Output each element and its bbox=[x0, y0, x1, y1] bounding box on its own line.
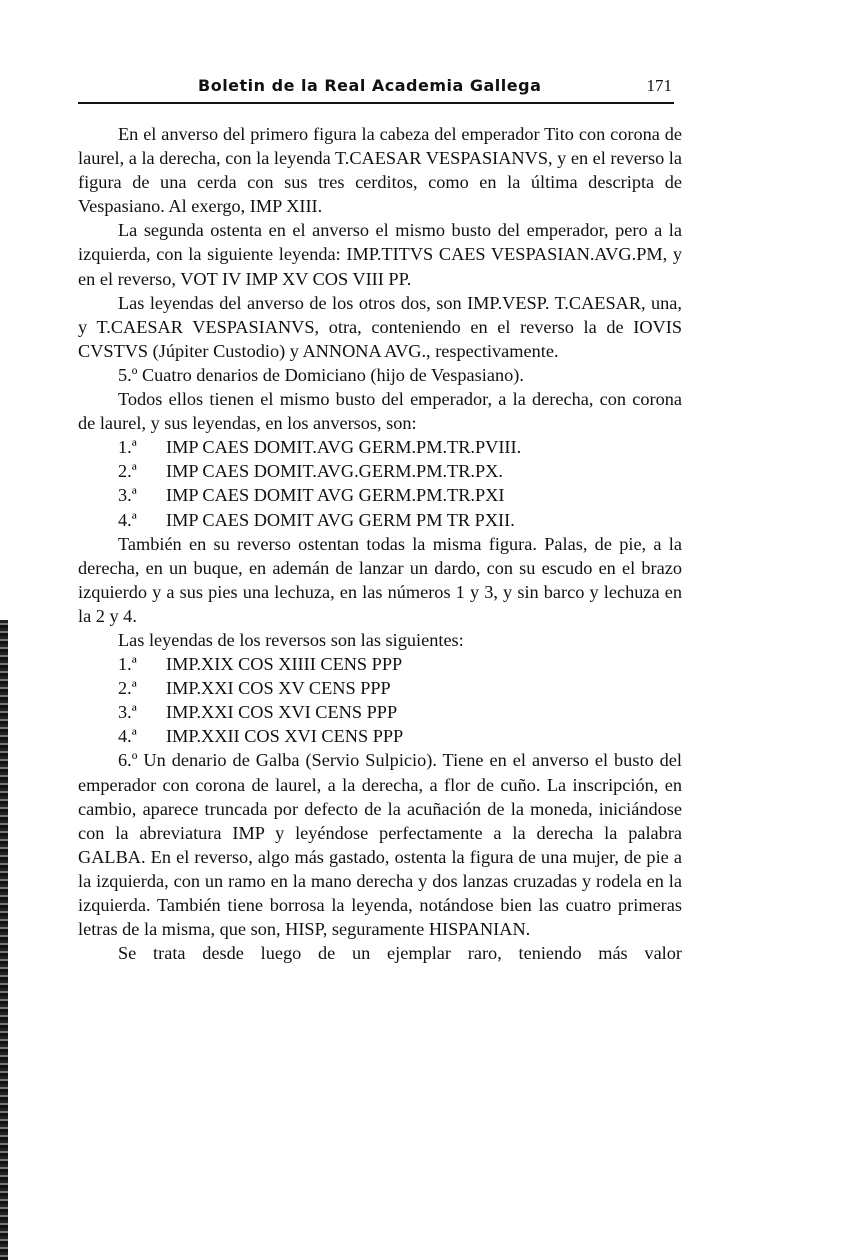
list-ordinal: 2.ª bbox=[118, 459, 166, 483]
paragraph-domiciano-reverse: También en su reverso ostentan todas la … bbox=[78, 532, 682, 628]
paragraph-tito-other-coins: Las leyendas del anverso de los otros do… bbox=[78, 291, 682, 363]
list-ordinal: 2.ª bbox=[118, 676, 166, 700]
list-item: 3.ªIMP.XXI COS XVI CENS PPP bbox=[78, 700, 682, 724]
paragraph-domiciano-intro: Todos ellos tienen el mismo busto del em… bbox=[78, 387, 682, 435]
paragraph-galba-denario: 6.º Un denario de Galba (Servio Sulpicio… bbox=[78, 748, 682, 941]
paragraph-tito-second-coin: La segunda ostenta en el anverso el mism… bbox=[78, 218, 682, 290]
paragraph-closing: Se trata desde luego de un ejemplar raro… bbox=[78, 941, 682, 965]
list-item: 3.ªIMP CAES DOMIT AVG GERM.PM.TR.PXI bbox=[78, 483, 682, 507]
list-ordinal: 4.ª bbox=[118, 724, 166, 748]
list-item: 2.ªIMP.XXI COS XV CENS PPP bbox=[78, 676, 682, 700]
page-header: Boletin de la Real Academia Gallega 171 bbox=[78, 72, 674, 104]
scan-binding-edge bbox=[0, 620, 8, 1260]
list-ordinal: 1.ª bbox=[118, 435, 166, 459]
list-item: 1.ªIMP.XIX COS XIIII CENS PPP bbox=[78, 652, 682, 676]
paragraph-tito-first-coin: En el anverso del primero figura la cabe… bbox=[78, 122, 682, 218]
paragraph-reverse-legends-intro: Las leyendas de los reversos son las sig… bbox=[78, 628, 682, 652]
legend-text: IMP.XXI COS XVI CENS PPP bbox=[166, 702, 397, 722]
legend-text: IMP.XIX COS XIIII CENS PPP bbox=[166, 654, 402, 674]
list-ordinal: 3.ª bbox=[118, 483, 166, 507]
list-ordinal: 4.ª bbox=[118, 508, 166, 532]
list-ordinal: 1.ª bbox=[118, 652, 166, 676]
page-number: 171 bbox=[647, 76, 673, 96]
body-text: En el anverso del primero figura la cabe… bbox=[78, 122, 682, 965]
legend-text: IMP.XXI COS XV CENS PPP bbox=[166, 678, 391, 698]
legend-text: IMP CAES DOMIT.AVG.GERM.PM.TR.PX. bbox=[166, 461, 503, 481]
paragraph-domiciano-heading: 5.º Cuatro denarios de Domiciano (hijo d… bbox=[78, 363, 682, 387]
list-item: 2.ªIMP CAES DOMIT.AVG.GERM.PM.TR.PX. bbox=[78, 459, 682, 483]
legend-text: IMP CAES DOMIT.AVG GERM.PM.TR.PVIII. bbox=[166, 437, 521, 457]
legend-text: IMP CAES DOMIT AVG GERM PM TR PXII. bbox=[166, 510, 515, 530]
list-ordinal: 3.ª bbox=[118, 700, 166, 724]
reverse-legend-list: 1.ªIMP.XIX COS XIIII CENS PPP 2.ªIMP.XXI… bbox=[78, 652, 682, 748]
obverse-legend-list: 1.ªIMP CAES DOMIT.AVG GERM.PM.TR.PVIII. … bbox=[78, 435, 682, 531]
list-item: 4.ªIMP CAES DOMIT AVG GERM PM TR PXII. bbox=[78, 508, 682, 532]
list-item: 4.ªIMP.XXII COS XVI CENS PPP bbox=[78, 724, 682, 748]
list-item: 1.ªIMP CAES DOMIT.AVG GERM.PM.TR.PVIII. bbox=[78, 435, 682, 459]
legend-text: IMP CAES DOMIT AVG GERM.PM.TR.PXI bbox=[166, 485, 504, 505]
running-title: Boletin de la Real Academia Gallega bbox=[198, 76, 541, 95]
legend-text: IMP.XXII COS XVI CENS PPP bbox=[166, 726, 403, 746]
